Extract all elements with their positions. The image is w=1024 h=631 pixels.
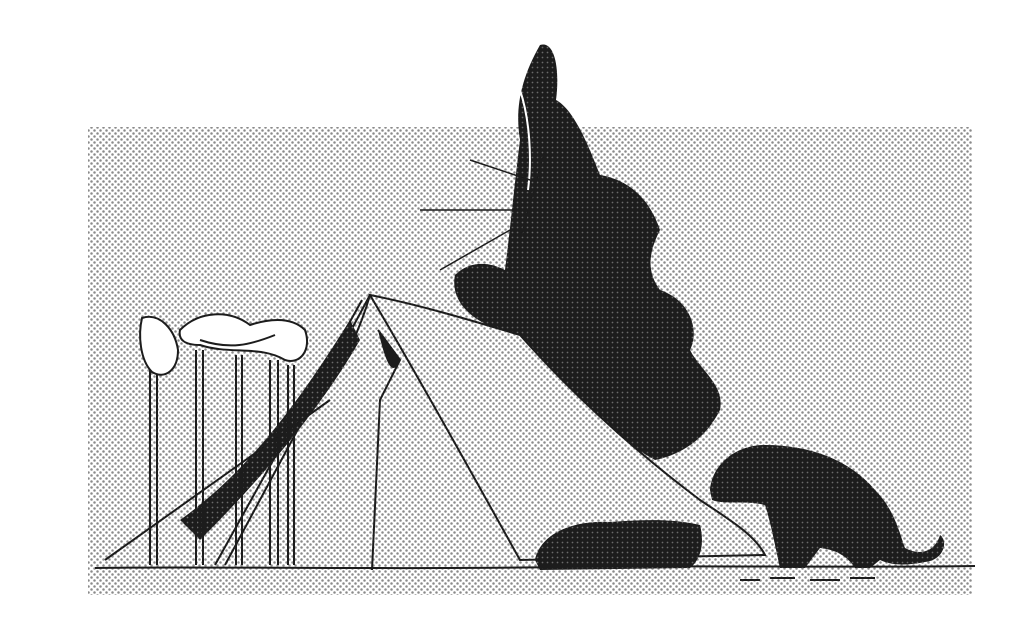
illustration: [0, 0, 1024, 631]
